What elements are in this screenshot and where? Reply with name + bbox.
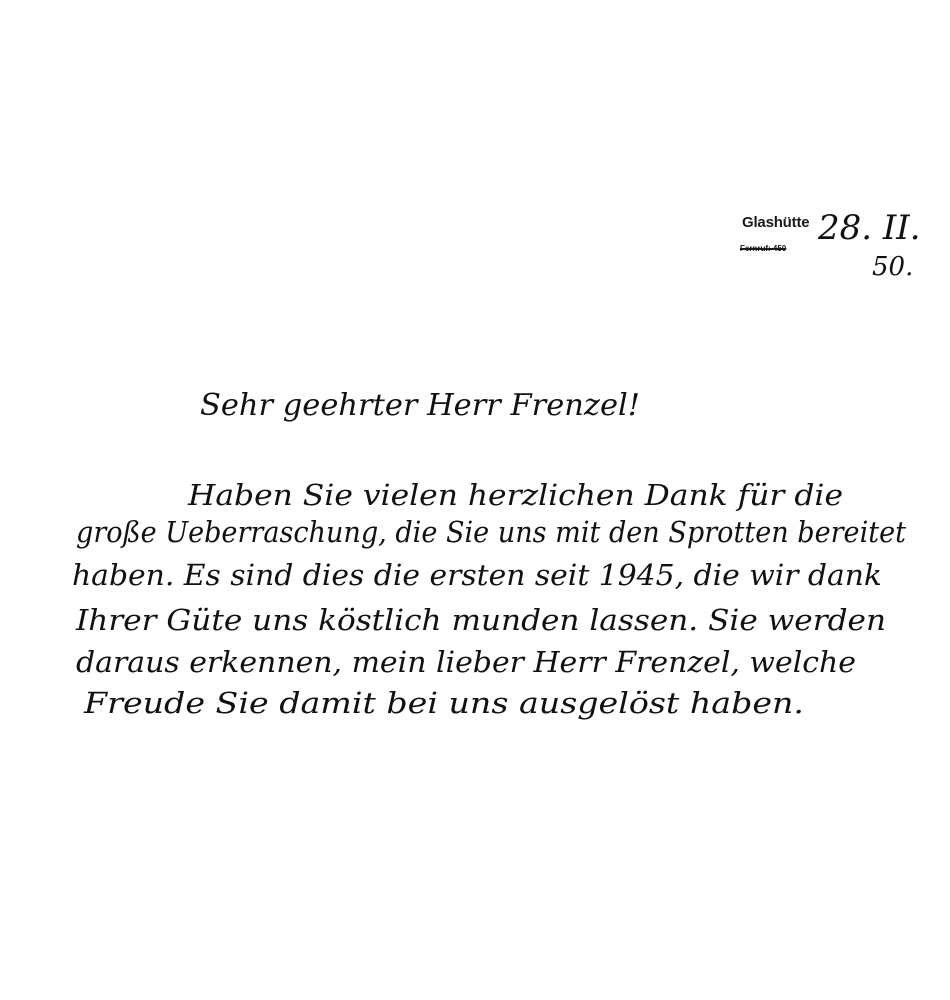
body-line: Ihrer Güte uns köstlich munden lassen. S… [76,603,886,637]
letterhead-phone: Fernruf: 450 [740,244,786,253]
letterhead-place: Glashütte [742,214,809,231]
body-line: große Ueberraschung, die Sie uns mit den… [76,515,906,549]
letter-page: Glashütte Fernruf: 450 28. II. 50. Sehr … [0,0,950,1000]
date-year: 50. [872,252,913,282]
body-line: daraus erkennen, mein lieber Herr Frenze… [76,645,856,679]
body-line: haben. Es sind dies die ersten seit 1945… [72,558,882,592]
salutation: Sehr geehrter Herr Frenzel! [200,388,640,423]
body-line: Haben Sie vielen herzlichen Dank für die [188,478,843,512]
date-day-month: 28. II. [818,208,921,248]
body-line: Freude Sie damit bei uns ausgelöst haben… [84,686,804,720]
